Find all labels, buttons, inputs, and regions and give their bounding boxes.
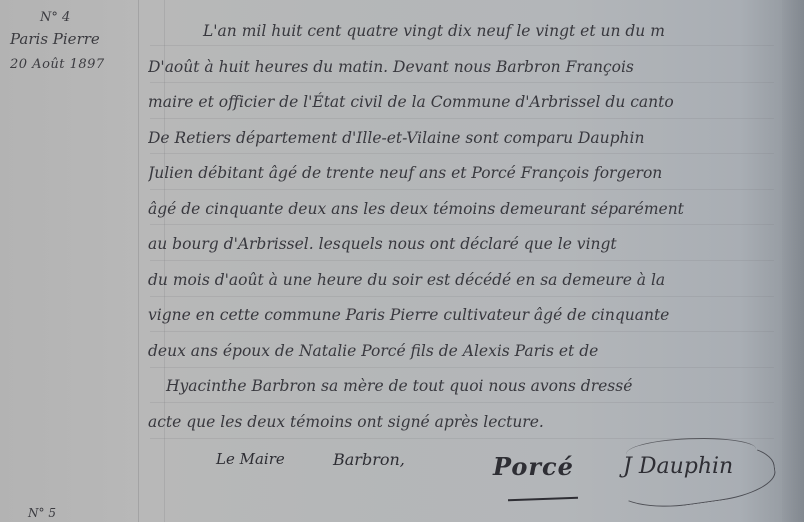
record-line-4: De Retiers département d'Ille-et-Vilaine…: [148, 121, 788, 157]
deceased-name: Paris Pierre: [10, 30, 135, 49]
record-line-3: maire et officier de l'État civil de la …: [148, 85, 788, 121]
margin-rule: [138, 0, 139, 522]
record-line-5: Julien débitant âgé de trente neuf ans e…: [148, 156, 788, 192]
record-line-2: D'août à huit heures du matin. Devant no…: [148, 50, 788, 86]
mayor-signature: Barbron,: [333, 450, 405, 469]
witness-1-signature: Porcé: [493, 452, 574, 481]
record-line-12: acte que les deux témoins ont signé aprè…: [148, 405, 788, 441]
record-date: 20 Août 1897: [10, 57, 135, 73]
signature-underline: [508, 497, 578, 501]
witness-2-signature: J Dauphin: [623, 454, 733, 479]
record-line-6: âgé de cinquante deux ans les deux témoi…: [148, 192, 788, 228]
record-line-11: Hyacinthe Barbron sa mère de tout quoi n…: [148, 369, 788, 405]
record-line-1: L'an mil huit cent quatre vingt dix neuf…: [148, 14, 788, 50]
mayor-label: Le Maire: [216, 450, 285, 468]
margin-annotation: N° 4 Paris Pierre 20 Août 1897: [10, 10, 135, 73]
record-line-9: vigne en cette commune Paris Pierre cult…: [148, 298, 788, 334]
record-number: N° 4: [40, 10, 135, 26]
signature-block: Le Maire Barbron, Porcé J Dauphin: [148, 450, 788, 520]
record-line-7: au bourg d'Arbrissel. lesquels nous ont …: [148, 227, 788, 263]
next-record-number: N° 5: [28, 506, 56, 520]
record-line-8: du mois d'août à une heure du soir est d…: [148, 263, 788, 299]
record-text: L'an mil huit cent quatre vingt dix neuf…: [148, 14, 788, 440]
record-line-10: deux ans époux de Natalie Porcé fils de …: [148, 334, 788, 370]
register-page-scan: N° 4 Paris Pierre 20 Août 1897 N° 5 L'an…: [0, 0, 804, 522]
